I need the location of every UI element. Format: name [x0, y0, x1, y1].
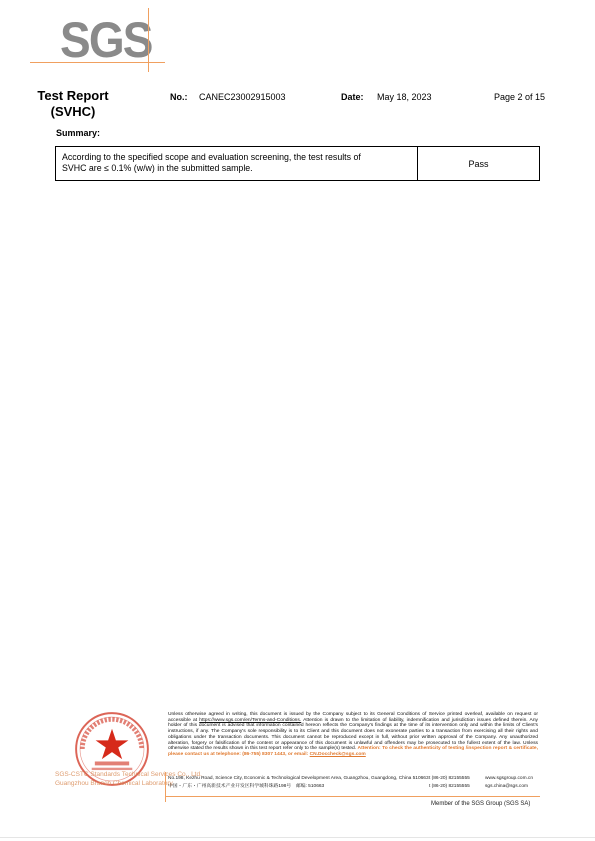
logo-text: SGS [60, 12, 152, 68]
address-divider [165, 772, 166, 802]
page-indicator: Page 2 of 15 [494, 92, 545, 102]
report-number-value: CANEC23002915003 [199, 92, 286, 102]
contact-web: www.sgsgroup.com.cn sgs.china@sgs.com [485, 775, 533, 791]
summary-statement-line2: SVHC are ≤ 0.1% (w/w) in the submitted s… [62, 163, 411, 174]
footer-divider [165, 796, 540, 797]
terms-link[interactable]: https://www.sgs.com/en/Terms-and-Conditi… [199, 718, 301, 723]
report-title-line1: Test Report [26, 88, 120, 104]
phone-1: t (86-20) 82155555 [429, 775, 470, 783]
email-link[interactable]: sgs.china@sgs.com [485, 783, 533, 791]
page-bottom-edge [0, 837, 595, 838]
summary-result: Pass [418, 147, 539, 180]
address-chinese: 中国・广东・广州高新技术产业开发区科学城科珠路198号 邮编: 510663 [168, 783, 429, 791]
phone-2: t (86-20) 82155555 [429, 783, 470, 791]
sgs-logo: SGS [30, 8, 165, 72]
logo-vertical-line [148, 8, 149, 72]
phone-numbers: t (86-20) 82155555 t (86-20) 82155555 [429, 775, 470, 791]
legal-disclaimer: Unless otherwise agreed in writing, this… [168, 712, 538, 758]
summary-statement-line1: According to the specified scope and eva… [62, 152, 411, 163]
member-statement: Member of the SGS Group (SGS SA) [431, 801, 530, 807]
footer: SGS-CSTC Standards Technical Services Co… [55, 708, 540, 818]
date-label: Date: [341, 92, 364, 102]
date-value: May 18, 2023 [377, 92, 432, 102]
summary-table: According to the specified scope and eva… [55, 146, 540, 181]
address-english: No.198, Kezhu Road, Science City, Econom… [168, 775, 429, 783]
company-address: No.198, Kezhu Road, Science City, Econom… [168, 775, 429, 791]
summary-statement: According to the specified scope and eva… [56, 147, 418, 180]
website-link[interactable]: www.sgsgroup.com.cn [485, 775, 533, 783]
logo-horizontal-line [30, 62, 165, 63]
report-number-label: No.: [170, 92, 188, 102]
summary-result-value: Pass [468, 159, 488, 169]
summary-heading: Summary: [56, 128, 100, 138]
doccheck-email-link[interactable]: CN.Doccheck@sgs.com [310, 752, 366, 757]
report-title-line2: (SVHC) [26, 104, 120, 120]
report-title: Test Report (SVHC) [26, 88, 120, 120]
